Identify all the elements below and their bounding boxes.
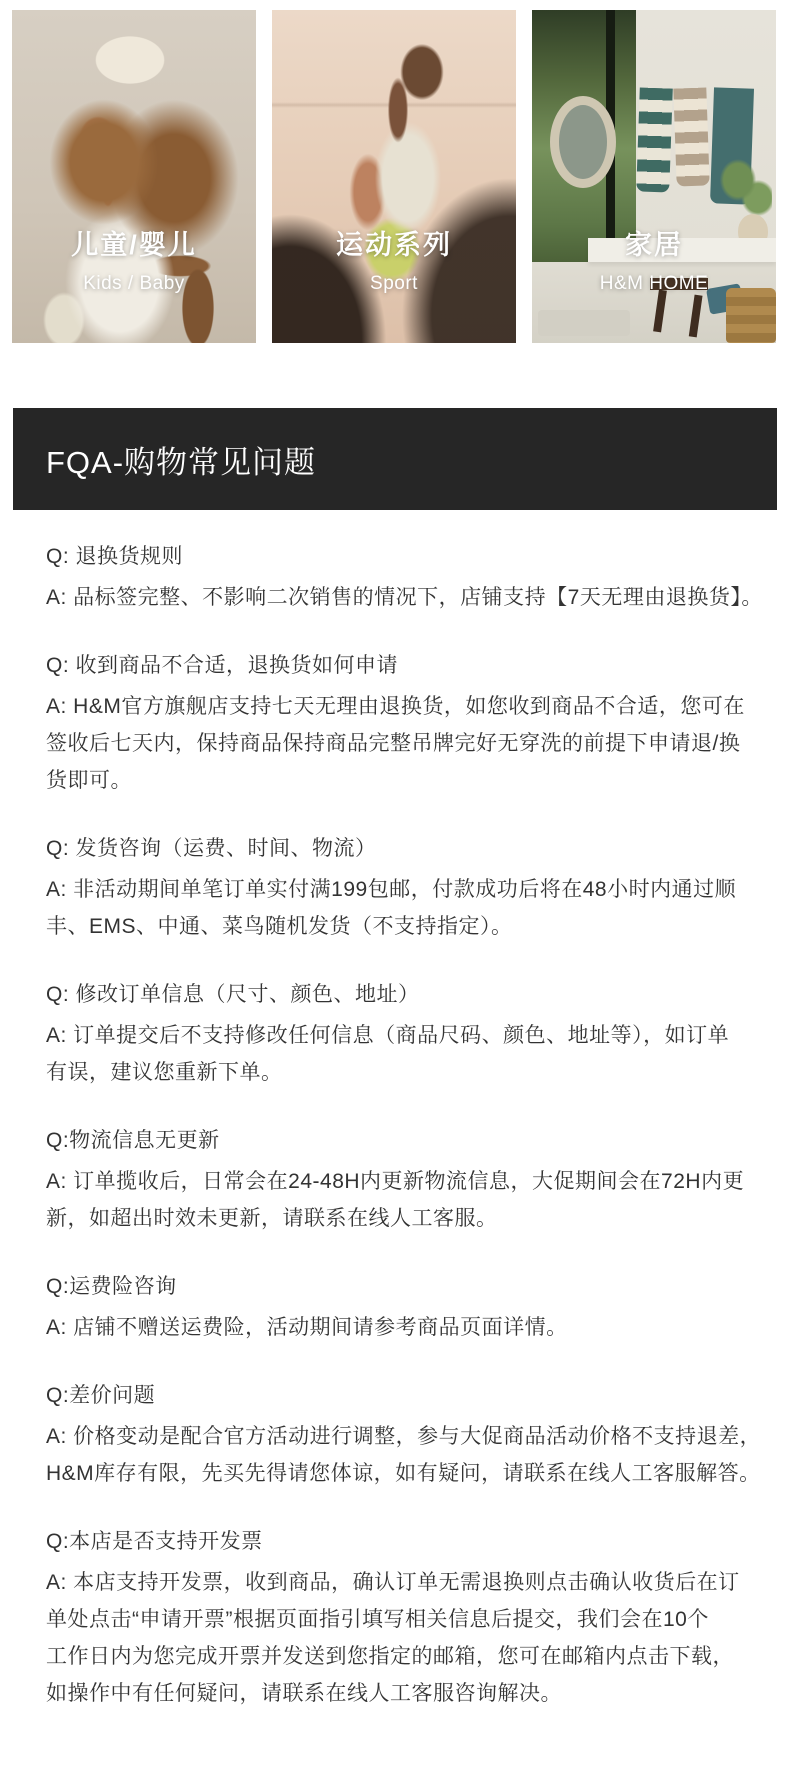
faq-question: Q:差价问题 — [46, 1377, 772, 1414]
card-caption: 儿童/婴儿 Kids / Baby — [12, 223, 256, 295]
faq-answer: A: 订单提交后不支持修改任何信息（商品尺码、颜色、地址等），如订单 有误，建议… — [46, 1017, 772, 1091]
faq-question: Q:物流信息无更新 — [46, 1122, 772, 1159]
faq-question: Q: 退换货规则 — [46, 538, 772, 575]
faq-answer: A: 价格变动是配合官方活动进行调整，参与大促商品活动价格不支持退差， H&M库… — [46, 1418, 772, 1492]
faq-answer: A: 订单揽收后，日常会在24-48H内更新物流信息，大促期间会在72H内更 新… — [46, 1163, 772, 1237]
faq-question: Q:本店是否支持开发票 — [46, 1523, 772, 1560]
bath-mat — [538, 310, 630, 336]
faq-question: Q:运费险咨询 — [46, 1268, 772, 1305]
faq-answer: A: 本店支持开发票，收到商品，确认订单无需退换则点击确认收货后在订 单处点击“… — [46, 1564, 772, 1712]
faq-answer: A: 店铺不赠送运费险，活动期间请参考商品页面详情。 — [46, 1309, 772, 1346]
faq-question: Q: 收到商品不合适，退换货如何申请 — [46, 647, 772, 684]
faq-item: Q: 修改订单信息（尺寸、颜色、地址） A: 订单提交后不支持修改任何信息（商品… — [46, 976, 772, 1091]
category-cards-row: 儿童/婴儿 Kids / Baby 运动系列 Sport — [0, 0, 790, 343]
card-caption: 家居 H&M HOME — [532, 223, 776, 295]
faq-header-bar: FQA-购物常见问题 — [13, 408, 777, 510]
category-subtitle-en: H&M HOME — [532, 273, 776, 295]
mirror — [550, 96, 616, 188]
category-title-zh: 运动系列 — [272, 223, 516, 262]
faq-item: Q: 退换货规则 A: 品标签完整、不影响二次销售的情况下，店铺支持【7天无理由… — [46, 538, 772, 616]
category-subtitle-en: Sport — [272, 273, 516, 295]
faq-item: Q:运费险咨询 A: 店铺不赠送运费险，活动期间请参考商品页面详情。 — [46, 1268, 772, 1346]
faq-title: FQA-购物常见问题 — [46, 437, 316, 482]
category-title-zh: 家居 — [532, 223, 776, 262]
wicker-basket — [726, 288, 776, 343]
product-detail-page: 儿童/婴儿 Kids / Baby 运动系列 Sport — [0, 0, 790, 1771]
card-caption: 运动系列 Sport — [272, 223, 516, 295]
towel-striped-teal — [636, 87, 673, 192]
faq-item: Q: 收到商品不合适，退换货如何申请 A: H&M官方旗舰店支持七天无理由退换货… — [46, 647, 772, 799]
faq-answer: A: 非活动期间单笔订单实付满199包邮，付款成功后将在48小时内通过顺 丰、E… — [46, 871, 772, 945]
faq-item: Q:物流信息无更新 A: 订单揽收后，日常会在24-48H内更新物流信息，大促期… — [46, 1122, 772, 1237]
category-card-sport[interactable]: 运动系列 Sport — [272, 10, 516, 343]
category-card-home[interactable]: 家居 H&M HOME — [532, 10, 776, 343]
towel-striped-beige — [673, 87, 709, 186]
faq-section: Q: 退换货规则 A: 品标签完整、不影响二次销售的情况下，店铺支持【7天无理由… — [0, 510, 790, 1771]
category-card-kids-baby[interactable]: 儿童/婴儿 Kids / Baby — [12, 10, 256, 343]
faq-answer: A: H&M官方旗舰店支持七天无理由退换货，如您收到商品不合适，您可在 签收后七… — [46, 688, 772, 799]
faq-question: Q: 发货咨询（运费、时间、物流） — [46, 830, 772, 867]
faq-item: Q:差价问题 A: 价格变动是配合官方活动进行调整，参与大促商品活动价格不支持退… — [46, 1377, 772, 1492]
faq-answer: A: 品标签完整、不影响二次销售的情况下，店铺支持【7天无理由退换货】。 — [46, 579, 772, 616]
faq-item: Q:本店是否支持开发票 A: 本店支持开发票，收到商品，确认订单无需退换则点击确… — [46, 1523, 772, 1712]
category-title-zh: 儿童/婴儿 — [12, 223, 256, 262]
faq-item: Q: 发货咨询（运费、时间、物流） A: 非活动期间单笔订单实付满199包邮，付… — [46, 830, 772, 945]
category-subtitle-en: Kids / Baby — [12, 273, 256, 295]
faq-question: Q: 修改订单信息（尺寸、颜色、地址） — [46, 976, 772, 1013]
